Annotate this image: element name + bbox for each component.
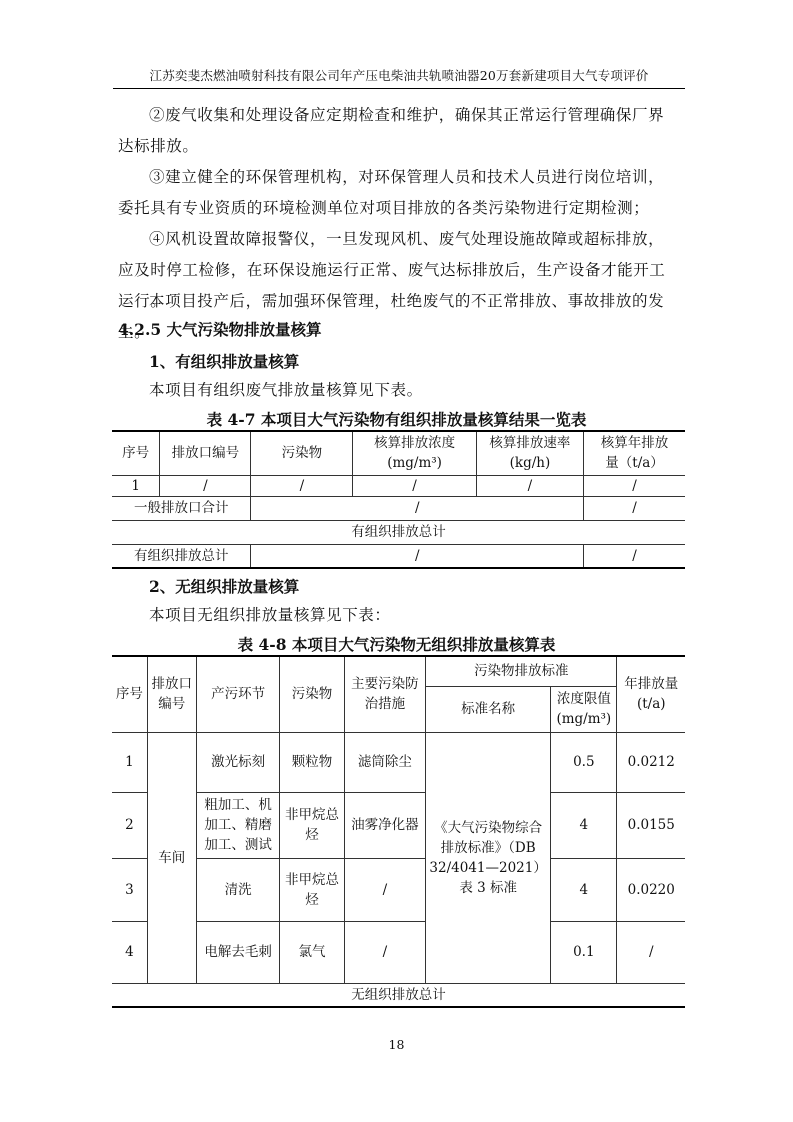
standard-name-cell: 《大气污染物综合排放标准》（DB 32/4041—2021）表 3 标准 — [426, 732, 551, 983]
subsection-unorganized: 2、无组织排放量核算 — [149, 575, 299, 597]
table-row-general-total: 一般排放口合计 / / — [112, 496, 685, 520]
subsection-organized: 1、有组织排放量核算 — [149, 350, 299, 372]
col-header-concentration: 核算排放浓度(mg/m³) — [353, 431, 476, 475]
table-row: 2 粗加工、机加工、精磨加工、测试 非甲烷总烃 油雾净化器 4 0.0155 — [112, 792, 685, 858]
table-row-section: 有组织排放总计 — [112, 520, 685, 544]
col-header-annual: 核算年排放量（t/a） — [584, 431, 685, 475]
table-row: 1 / / / / / — [112, 475, 685, 496]
col-header-outlet: 排放口编号 — [160, 431, 251, 475]
col-header-standard-group: 污染物排放标准 — [426, 656, 617, 686]
outlet-cell: 车间 — [147, 732, 196, 983]
col-header-annual: 年排放量(t/a) — [617, 656, 685, 732]
col-header-standard-name: 标准名称 — [426, 686, 551, 732]
col-header-measures: 主要污染防治措施 — [344, 656, 426, 732]
table-row: 4 电解去毛刺 氯气 / 0.1 / — [112, 921, 685, 983]
paragraph-item-3: ③建立健全的环保管理机构，对环保管理人员和技术人员进行岗位培训，委托具有专业资质… — [118, 162, 680, 224]
col-header-no: 序号 — [112, 431, 160, 475]
col-header-process: 产污环节 — [196, 656, 280, 732]
unorganized-intro: 本项目无组织排放量核算见下表： — [118, 600, 680, 631]
col-header-pollutant: 污染物 — [280, 656, 344, 732]
table-row-total: 有组织排放总计 / / — [112, 544, 685, 568]
col-header-limit: 浓度限值(mg/m³) — [551, 686, 617, 732]
page-header: 江苏奕斐杰燃油喷射科技有限公司年产压电柴油共轨喷油器20万套新建项目大气专项评价 — [113, 66, 685, 89]
table-row-total: 无组织排放总计 — [112, 983, 685, 1007]
col-header-pollutant: 污染物 — [251, 431, 353, 475]
section-heading: 4.2.5 大气污染物排放量核算 — [118, 318, 322, 340]
col-header-outlet: 排放口编号 — [147, 656, 196, 732]
table-4-7: 序号 排放口编号 污染物 核算排放浓度(mg/m³) 核算排放速率(kg/h) … — [112, 430, 685, 569]
table-4-8-caption: 表 4-8 本项目大气污染物无组织排放量核算表 — [0, 633, 793, 655]
table-row: 3 清洗 非甲烷总烃 / 4 0.0220 — [112, 858, 685, 921]
page-number: 18 — [0, 1037, 793, 1052]
col-header-no: 序号 — [112, 656, 147, 732]
paragraph-item-2: ②废气收集和处理设备应定期检查和维护，确保其正常运行管理确保厂界达标排放。 — [118, 100, 680, 162]
table-row: 1 车间 激光标刻 颗粒物 滤筒除尘 《大气污染物综合排放标准》（DB 32/4… — [112, 732, 685, 792]
table-4-8: 序号 排放口编号 产污环节 污染物 主要污染防治措施 污染物排放标准 年排放量(… — [112, 655, 685, 1008]
organized-intro: 本项目有组织废气排放量核算见下表。 — [118, 375, 680, 406]
table-4-7-caption: 表 4-7 本项目大气污染物有组织排放量核算结果一览表 — [0, 408, 793, 430]
col-header-rate: 核算排放速率(kg/h) — [476, 431, 583, 475]
